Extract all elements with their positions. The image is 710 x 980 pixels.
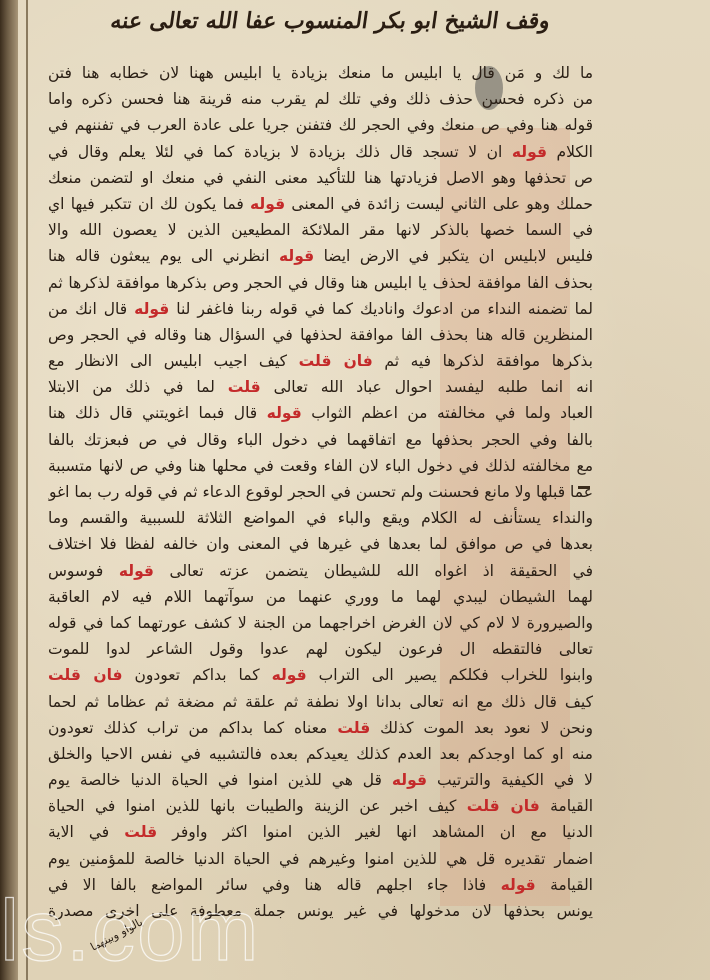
rubric-word: فان قلت xyxy=(467,797,540,815)
text-line: المنظرين قاله هنا بحذف الفا موافقة لحذفه… xyxy=(48,322,593,348)
text-line: وابنوا للخراب فكلكم يصير الى التراب قوله… xyxy=(48,662,593,688)
text-line: الكلام قوله ان لا تسجد قال ذلك بزيادة لا… xyxy=(48,139,593,165)
text-segment: ص تحذفها وهو الاصل فزيادتها هنا للتأكيد … xyxy=(48,169,593,187)
text-segment: انظرني الى يوم يبعثون قاله هنا xyxy=(48,247,279,265)
text-segment: وابنوا للخراب فكلكم يصير الى التراب xyxy=(307,666,593,684)
text-line: لما تضمنه النداء من ادعوك واناديك كما في… xyxy=(48,296,593,322)
rubric-word: فان قلت xyxy=(299,352,373,370)
book-binding-edge xyxy=(0,0,18,980)
rubric-word: قوله xyxy=(279,247,314,265)
text-line: مع مخالفته لذلك في دخول الباء لان الفاء … xyxy=(48,453,593,479)
rubric-word: قلت xyxy=(228,378,261,396)
text-line: لا في الكيفية والترتيب قوله قل هي للذين … xyxy=(48,767,593,793)
manuscript-text-block: ما لك و مَن قال يا ابليس ما منعك بزيادة … xyxy=(48,60,593,924)
text-line: القيامة فان قلت كيف اخبر عن الزينة والطي… xyxy=(48,793,593,819)
rubric-word: قوله xyxy=(134,300,169,318)
text-segment: كيف اجيب ابليس الى الانظار مع xyxy=(48,352,299,370)
text-segment: معناه كما بداكم من تراب كذلك تعودون xyxy=(48,719,337,737)
text-segment: اضمار تقديره قل هي للذين امنوا وغيرهم في… xyxy=(48,850,593,868)
text-segment: حملك وهو على الثاني ليست زائدة في المعنى xyxy=(285,195,593,213)
text-segment: والنداء يستأنف له الكلام ويقع والباء في … xyxy=(48,509,593,527)
text-segment: الدنيا مع ان المشاهد انها لغير الذين امن… xyxy=(157,823,593,841)
text-segment: من ذكره فحسن حذف ذلك وفي تلك لم يقرب منه… xyxy=(48,90,593,108)
text-segment: المنظرين قاله هنا بحذف الفا موافقة لحذفه… xyxy=(48,326,593,344)
rubric-word: قوله xyxy=(250,195,285,213)
text-line: في الحقيقة اذ اغواه الله للشيطان يتضمن ع… xyxy=(48,558,593,584)
rubric-word: قوله xyxy=(272,666,307,684)
text-segment: مع مخالفته لذلك في دخول الباء لان الفاء … xyxy=(48,457,593,475)
text-segment: بذكرها موافقة لذكرها فيه ثم xyxy=(373,352,593,370)
text-line: في السما خصها بالذكر لانها مقر الملائكة … xyxy=(48,217,593,243)
text-segment: منه او كما اوجدكم بعد العدم كذلك يعيدكم … xyxy=(48,745,593,763)
rubric-word: قوله xyxy=(501,876,536,894)
text-line: تعالى فالتقطه ال فرعون ليكون لهم عدوا وق… xyxy=(48,636,593,662)
text-segment: بالفا وفي الحجر بحذفها مع اتفاقهما في دخ… xyxy=(48,431,593,449)
text-line: العباد ولما في مخالفته من اعظم الثواب قو… xyxy=(48,400,593,426)
rubric-word: فان قلت xyxy=(48,666,123,684)
text-segment: القيامة xyxy=(540,797,593,815)
manuscript-title: وقف الشيخ ابو بكر المنسوب عفا الله تعالى… xyxy=(28,6,552,36)
text-line: والنداء يستأنف له الكلام ويقع والباء في … xyxy=(48,505,593,531)
text-line: فليس لابليس ان يتكبر في الارض ايضا قوله … xyxy=(48,243,593,269)
text-line: بحذف الفا موافقة لحذف يا ابليس هنا وقال … xyxy=(48,270,593,296)
text-line: ما لك و مَن قال يا ابليس ما منعك بزيادة … xyxy=(48,60,593,86)
text-line: من ذكره فحسن حذف ذلك وفي تلك لم يقرب منه… xyxy=(48,86,593,112)
text-line: ص تحذفها وهو الاصل فزيادتها هنا للتأكيد … xyxy=(48,165,593,191)
text-segment: قوله هنا وفي ص منعك وفي الحجر لك فتفنن ج… xyxy=(48,116,593,134)
watermark: ls.com xyxy=(0,888,260,974)
text-segment: بعدها في ص موافق لما بعدها في غيرها في ا… xyxy=(48,535,593,553)
text-segment: كيف اخبر عن الزينة والطيبات بانها للذين … xyxy=(48,797,467,815)
rubric-word: قلت xyxy=(337,719,370,737)
text-segment: فما يكون لك ان تتكبر فيها اي xyxy=(48,195,250,213)
rubric-word: قوله xyxy=(392,771,427,789)
text-segment: لا في الكيفية والترتيب xyxy=(427,771,593,789)
text-line: حملك وهو على الثاني ليست زائدة في المعنى… xyxy=(48,191,593,217)
text-line: والصيرورة لا لام كي لان الغرض اخراجهما م… xyxy=(48,610,593,636)
text-segment: ونحن لا نعود بعد الموت كذلك xyxy=(370,719,593,737)
text-segment: ان لا تسجد قال ذلك بزيادة لا بزيادة كما … xyxy=(48,143,512,161)
text-segment: قل هي للذين امنوا في الحياة الدنيا خالصة… xyxy=(48,771,392,789)
text-line: عما قبلها ولا مانع فحسنت ولم تحسن في الح… xyxy=(48,479,593,505)
text-segment: في الحقيقة اذ اغواه الله للشيطان يتضمن ع… xyxy=(154,562,593,580)
text-segment: فوسوس xyxy=(48,562,119,580)
manuscript-page: وقف الشيخ ابو بكر المنسوب عفا الله تعالى… xyxy=(0,0,710,980)
text-segment: لهما الشيطان ليبدي لهما ما ووري عنهما من… xyxy=(48,588,593,606)
text-segment: بحذف الفا موافقة لحذف يا ابليس هنا وقال … xyxy=(48,274,593,292)
text-line: اضمار تقديره قل هي للذين امنوا وغيرهم في… xyxy=(48,846,593,872)
text-line: الدنيا مع ان المشاهد انها لغير الذين امن… xyxy=(48,819,593,845)
rubric-word: قوله xyxy=(512,143,547,161)
text-line: بالفا وفي الحجر بحذفها مع اتفاقهما في دخ… xyxy=(48,427,593,453)
text-segment: في الاية xyxy=(48,823,124,841)
text-line: بذكرها موافقة لذكرها فيه ثم فان قلت كيف … xyxy=(48,348,593,374)
text-segment: كيف قال ذلك مع انه تعالى بدانا اولا نطفة… xyxy=(48,693,593,711)
text-segment: والصيرورة لا لام كي لان الغرض اخراجهما م… xyxy=(48,614,593,632)
rubric-word: قوله xyxy=(267,404,302,422)
text-segment: قال انك من xyxy=(48,300,134,318)
text-segment: الكلام xyxy=(547,143,593,161)
text-segment: لما تضمنه النداء من ادعوك واناديك كما في… xyxy=(169,300,593,318)
text-line: ونحن لا نعود بعد الموت كذلك قلت معناه كم… xyxy=(48,715,593,741)
margin-dash-mark xyxy=(578,486,590,489)
rubric-word: قوله xyxy=(119,562,154,580)
text-segment: في السما خصها بالذكر لانها مقر الملائكة … xyxy=(48,221,593,239)
text-segment: تعالى فالتقطه ال فرعون ليكون لهم عدوا وق… xyxy=(48,640,593,658)
text-line: بعدها في ص موافق لما بعدها في غيرها في ا… xyxy=(48,531,593,557)
text-segment: فليس لابليس ان يتكبر في الارض ايضا xyxy=(314,247,593,265)
text-segment: العباد ولما في مخالفته من اعظم الثواب xyxy=(302,404,593,422)
text-line: كيف قال ذلك مع انه تعالى بدانا اولا نطفة… xyxy=(48,689,593,715)
text-segment: انه انما طلبه ليفسد احوال عباد الله تعال… xyxy=(261,378,593,396)
text-segment: عما قبلها ولا مانع فحسنت ولم تحسن في الح… xyxy=(48,483,593,501)
rubric-word: قلت xyxy=(124,823,157,841)
text-segment: لما في ذلك من الابتلا xyxy=(48,378,228,396)
text-segment: ما لك و مَن قال يا ابليس ما منعك بزيادة … xyxy=(48,64,593,82)
text-line: قوله هنا وفي ص منعك وفي الحجر لك فتفنن ج… xyxy=(48,112,593,138)
text-line: لهما الشيطان ليبدي لهما ما ووري عنهما من… xyxy=(48,584,593,610)
text-line: منه او كما اوجدكم بعد العدم كذلك يعيدكم … xyxy=(48,741,593,767)
text-segment: قال فبما اغويتني قال ذلك هنا xyxy=(48,404,267,422)
text-segment: القيامة xyxy=(536,876,593,894)
page-gutter-line xyxy=(26,0,28,980)
text-segment: كما بداكم تعودون xyxy=(123,666,272,684)
text-line: انه انما طلبه ليفسد احوال عباد الله تعال… xyxy=(48,374,593,400)
